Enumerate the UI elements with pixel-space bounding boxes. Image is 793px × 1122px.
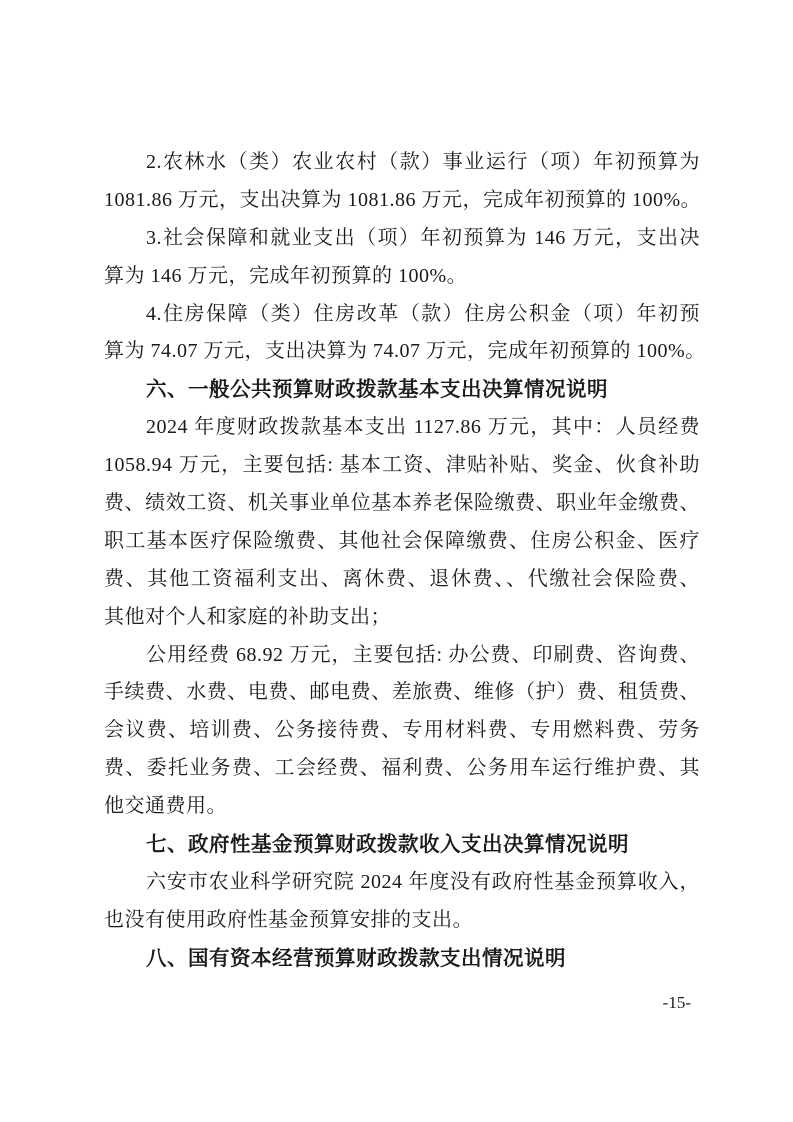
- text-line: 费、其他工资福利支出、离休费、退休费、、代缴社会保险费、: [104, 561, 700, 599]
- text-line: 1058.94 万元，主要包括: 基本工资、津贴补贴、奖金、伙食补助: [104, 447, 700, 485]
- page-number: -15-: [663, 992, 691, 1014]
- text-line: 2.农林水（类）农业农村（款）事业运行（项）年初预算为: [104, 144, 700, 182]
- text-line: 六安市农业科学研究院 2024 年度没有政府性基金预算收入，: [104, 864, 700, 902]
- text-line: 费、委托业务费、工会经费、福利费、公务用车运行维护费、其: [104, 750, 700, 788]
- document-body: 2.农林水（类）农业农村（款）事业运行（项）年初预算为 1081.86 万元，支…: [104, 144, 700, 978]
- text-line: 1081.86 万元，支出决算为 1081.86 万元，完成年初预算的 100%…: [104, 182, 700, 220]
- text-line: 算为 74.07 万元，支出决算为 74.07 万元，完成年初预算的 100%。: [104, 333, 700, 371]
- text-line: 职工基本医疗保险缴费、其他社会保障缴费、住房公积金、医疗: [104, 523, 700, 561]
- text-line: 算为 146 万元，完成年初预算的 100%。: [104, 258, 700, 296]
- text-line: 4.住房保障（类）住房改革（款）住房公积金（项）年初预: [104, 296, 700, 334]
- section-heading: 八、国有资本经营预算财政拨款支出情况说明: [104, 940, 700, 978]
- text-line: 他交通费用。: [104, 788, 700, 826]
- text-line: 公用经费 68.92 万元，主要包括: 办公费、印刷费、咨询费、: [104, 637, 700, 675]
- section-heading: 六、一般公共预算财政拨款基本支出决算情况说明: [104, 371, 700, 409]
- text-line: 会议费、培训费、公务接待费、专用材料费、专用燃料费、劳务: [104, 712, 700, 750]
- text-line: 其他对个人和家庭的补助支出；: [104, 599, 700, 637]
- text-line: 2024 年度财政拨款基本支出 1127.86 万元，其中：人员经费: [104, 409, 700, 447]
- text-line: 也没有使用政府性基金预算安排的支出。: [104, 902, 700, 940]
- document-page: 2.农林水（类）农业农村（款）事业运行（项）年初预算为 1081.86 万元，支…: [0, 0, 793, 1122]
- text-line: 手续费、水费、电费、邮电费、差旅费、维修（护）费、租赁费、: [104, 674, 700, 712]
- section-heading: 七、政府性基金预算财政拨款收入支出决算情况说明: [104, 826, 700, 864]
- text-line: 费、绩效工资、机关事业单位基本养老保险缴费、职业年金缴费、: [104, 485, 700, 523]
- text-line: 3.社会保障和就业支出（项）年初预算为 146 万元，支出决: [104, 220, 700, 258]
